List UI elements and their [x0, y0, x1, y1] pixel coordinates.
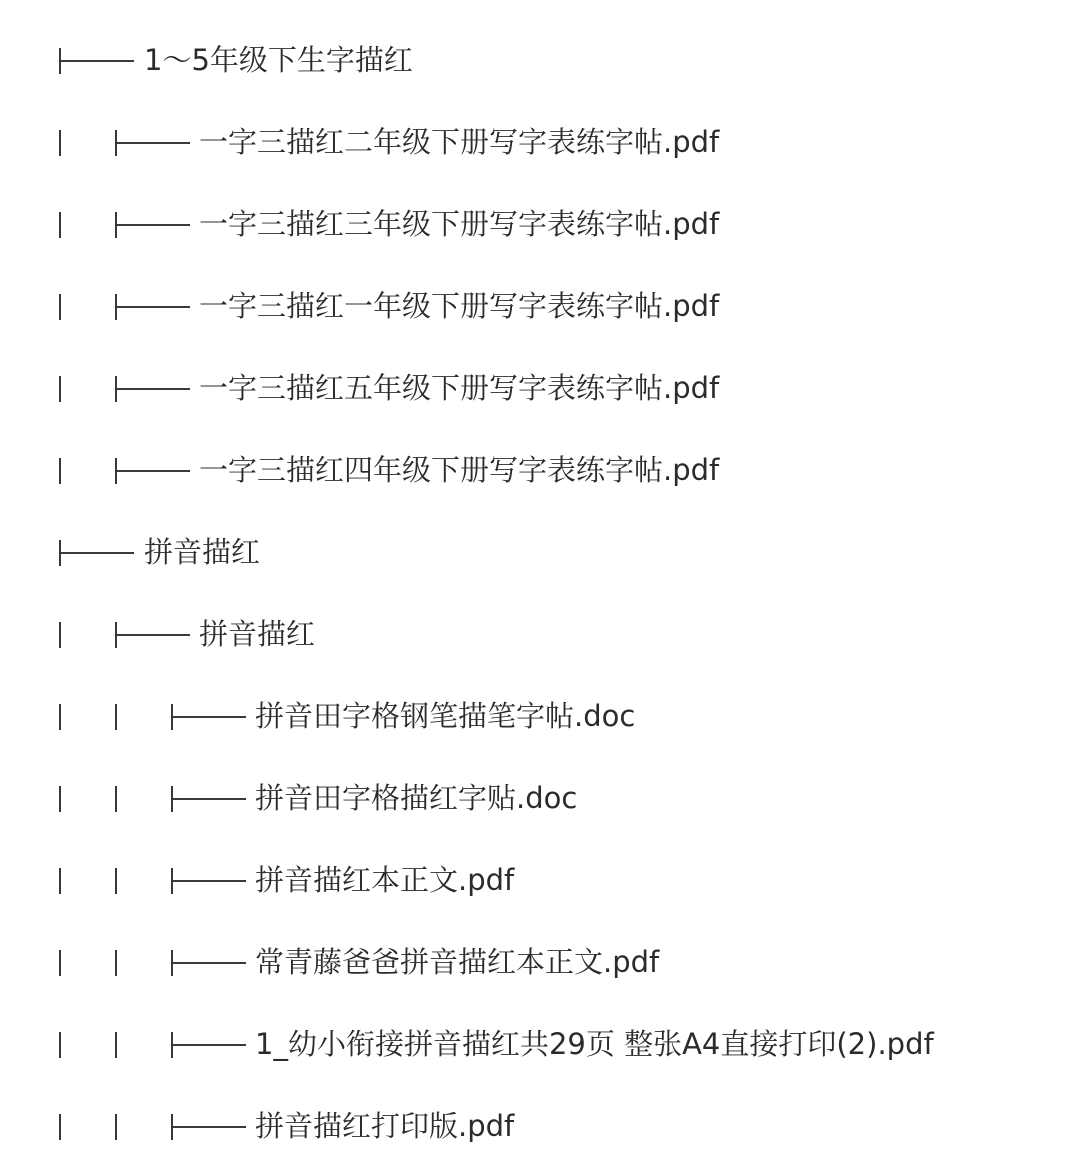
tree-branch-connector — [115, 130, 191, 156]
tree-file-row[interactable]: 一字三描红三年级下册写字表练字帖.pdf — [0, 184, 1080, 266]
tree-guide-line — [59, 622, 61, 648]
tree-guide-line — [59, 786, 61, 812]
tree-file-row[interactable]: 一字三描红一年级下册写字表练字帖.pdf — [0, 266, 1080, 348]
tree-file-row[interactable]: 拼音田字格描红字贴.doc — [0, 758, 1080, 840]
tree-file-row[interactable]: 一字三描红二年级下册写字表练字帖.pdf — [0, 102, 1080, 184]
tree-branch-connector — [171, 1114, 247, 1140]
file-label: 拼音田字格钢笔描笔字帖.doc — [255, 696, 635, 736]
tree-folder-row[interactable]: 1～5年级下生字描红 — [0, 20, 1080, 102]
file-label: 常青藤爸爸拼音描红本正文.pdf — [255, 942, 659, 982]
tree-guide-line — [59, 294, 61, 320]
file-tree: 1～5年级下生字描红 一字三描红二年级下册写字表练字帖.pdf 一字三描红三年级… — [0, 20, 1080, 1167]
folder-label: 拼音描红 — [144, 532, 260, 572]
tree-guide-line — [115, 704, 117, 730]
tree-branch-connector — [171, 786, 247, 812]
tree-branch-connector — [171, 1032, 247, 1058]
tree-guide-line — [59, 212, 61, 238]
tree-file-row[interactable]: 拼音描红本正文.pdf — [0, 840, 1080, 922]
folder-label: 拼音描红 — [199, 614, 315, 654]
file-label: 拼音描红打印版.pdf — [255, 1106, 514, 1146]
tree-guide-line — [59, 868, 61, 894]
file-label: 一字三描红二年级下册写字表练字帖.pdf — [199, 122, 719, 162]
tree-branch-connector — [115, 622, 191, 648]
tree-file-row[interactable]: 一字三描红五年级下册写字表练字帖.pdf — [0, 348, 1080, 430]
tree-guide-line — [115, 950, 117, 976]
folder-label: 1～5年级下生字描红 — [144, 40, 413, 80]
tree-file-row[interactable]: 1_幼小衔接拼音描红共29页 整张A4直接打印(2).pdf — [0, 1004, 1080, 1086]
tree-guide-line — [115, 1114, 117, 1140]
file-label: 1_幼小衔接拼音描红共29页 整张A4直接打印(2).pdf — [255, 1024, 934, 1064]
tree-folder-row[interactable]: 拼音描红 — [0, 594, 1080, 676]
tree-branch-connector — [171, 704, 247, 730]
tree-branch-connector — [115, 294, 191, 320]
tree-file-row[interactable]: 常青藤爸爸拼音描红本正文.pdf — [0, 922, 1080, 1004]
tree-guide-line — [59, 1032, 61, 1058]
tree-branch-connector — [115, 458, 191, 484]
tree-guide-line — [59, 130, 61, 156]
tree-guide-line — [59, 376, 61, 402]
file-label: 一字三描红三年级下册写字表练字帖.pdf — [199, 204, 719, 244]
tree-branch-connector — [115, 212, 191, 238]
tree-branch-connector — [59, 48, 135, 74]
tree-guide-line — [115, 868, 117, 894]
tree-folder-row[interactable]: 拼音描红 — [0, 512, 1080, 594]
tree-guide-line — [115, 1032, 117, 1058]
file-label: 一字三描红一年级下册写字表练字帖.pdf — [199, 286, 719, 326]
tree-guide-line — [59, 1114, 61, 1140]
tree-guide-line — [59, 704, 61, 730]
file-label: 拼音描红本正文.pdf — [255, 860, 514, 900]
tree-guide-line — [115, 786, 117, 812]
tree-branch-connector — [171, 950, 247, 976]
file-label: 一字三描红四年级下册写字表练字帖.pdf — [199, 450, 719, 490]
tree-file-row[interactable]: 拼音田字格钢笔描笔字帖.doc — [0, 676, 1080, 758]
tree-file-row[interactable]: 拼音描红打印版.pdf — [0, 1086, 1080, 1167]
tree-file-row[interactable]: 一字三描红四年级下册写字表练字帖.pdf — [0, 430, 1080, 512]
tree-branch-connector — [59, 540, 135, 566]
file-label: 一字三描红五年级下册写字表练字帖.pdf — [199, 368, 719, 408]
file-label: 拼音田字格描红字贴.doc — [255, 778, 577, 818]
tree-guide-line — [59, 458, 61, 484]
tree-branch-connector — [115, 376, 191, 402]
tree-guide-line — [59, 950, 61, 976]
tree-branch-connector — [171, 868, 247, 894]
